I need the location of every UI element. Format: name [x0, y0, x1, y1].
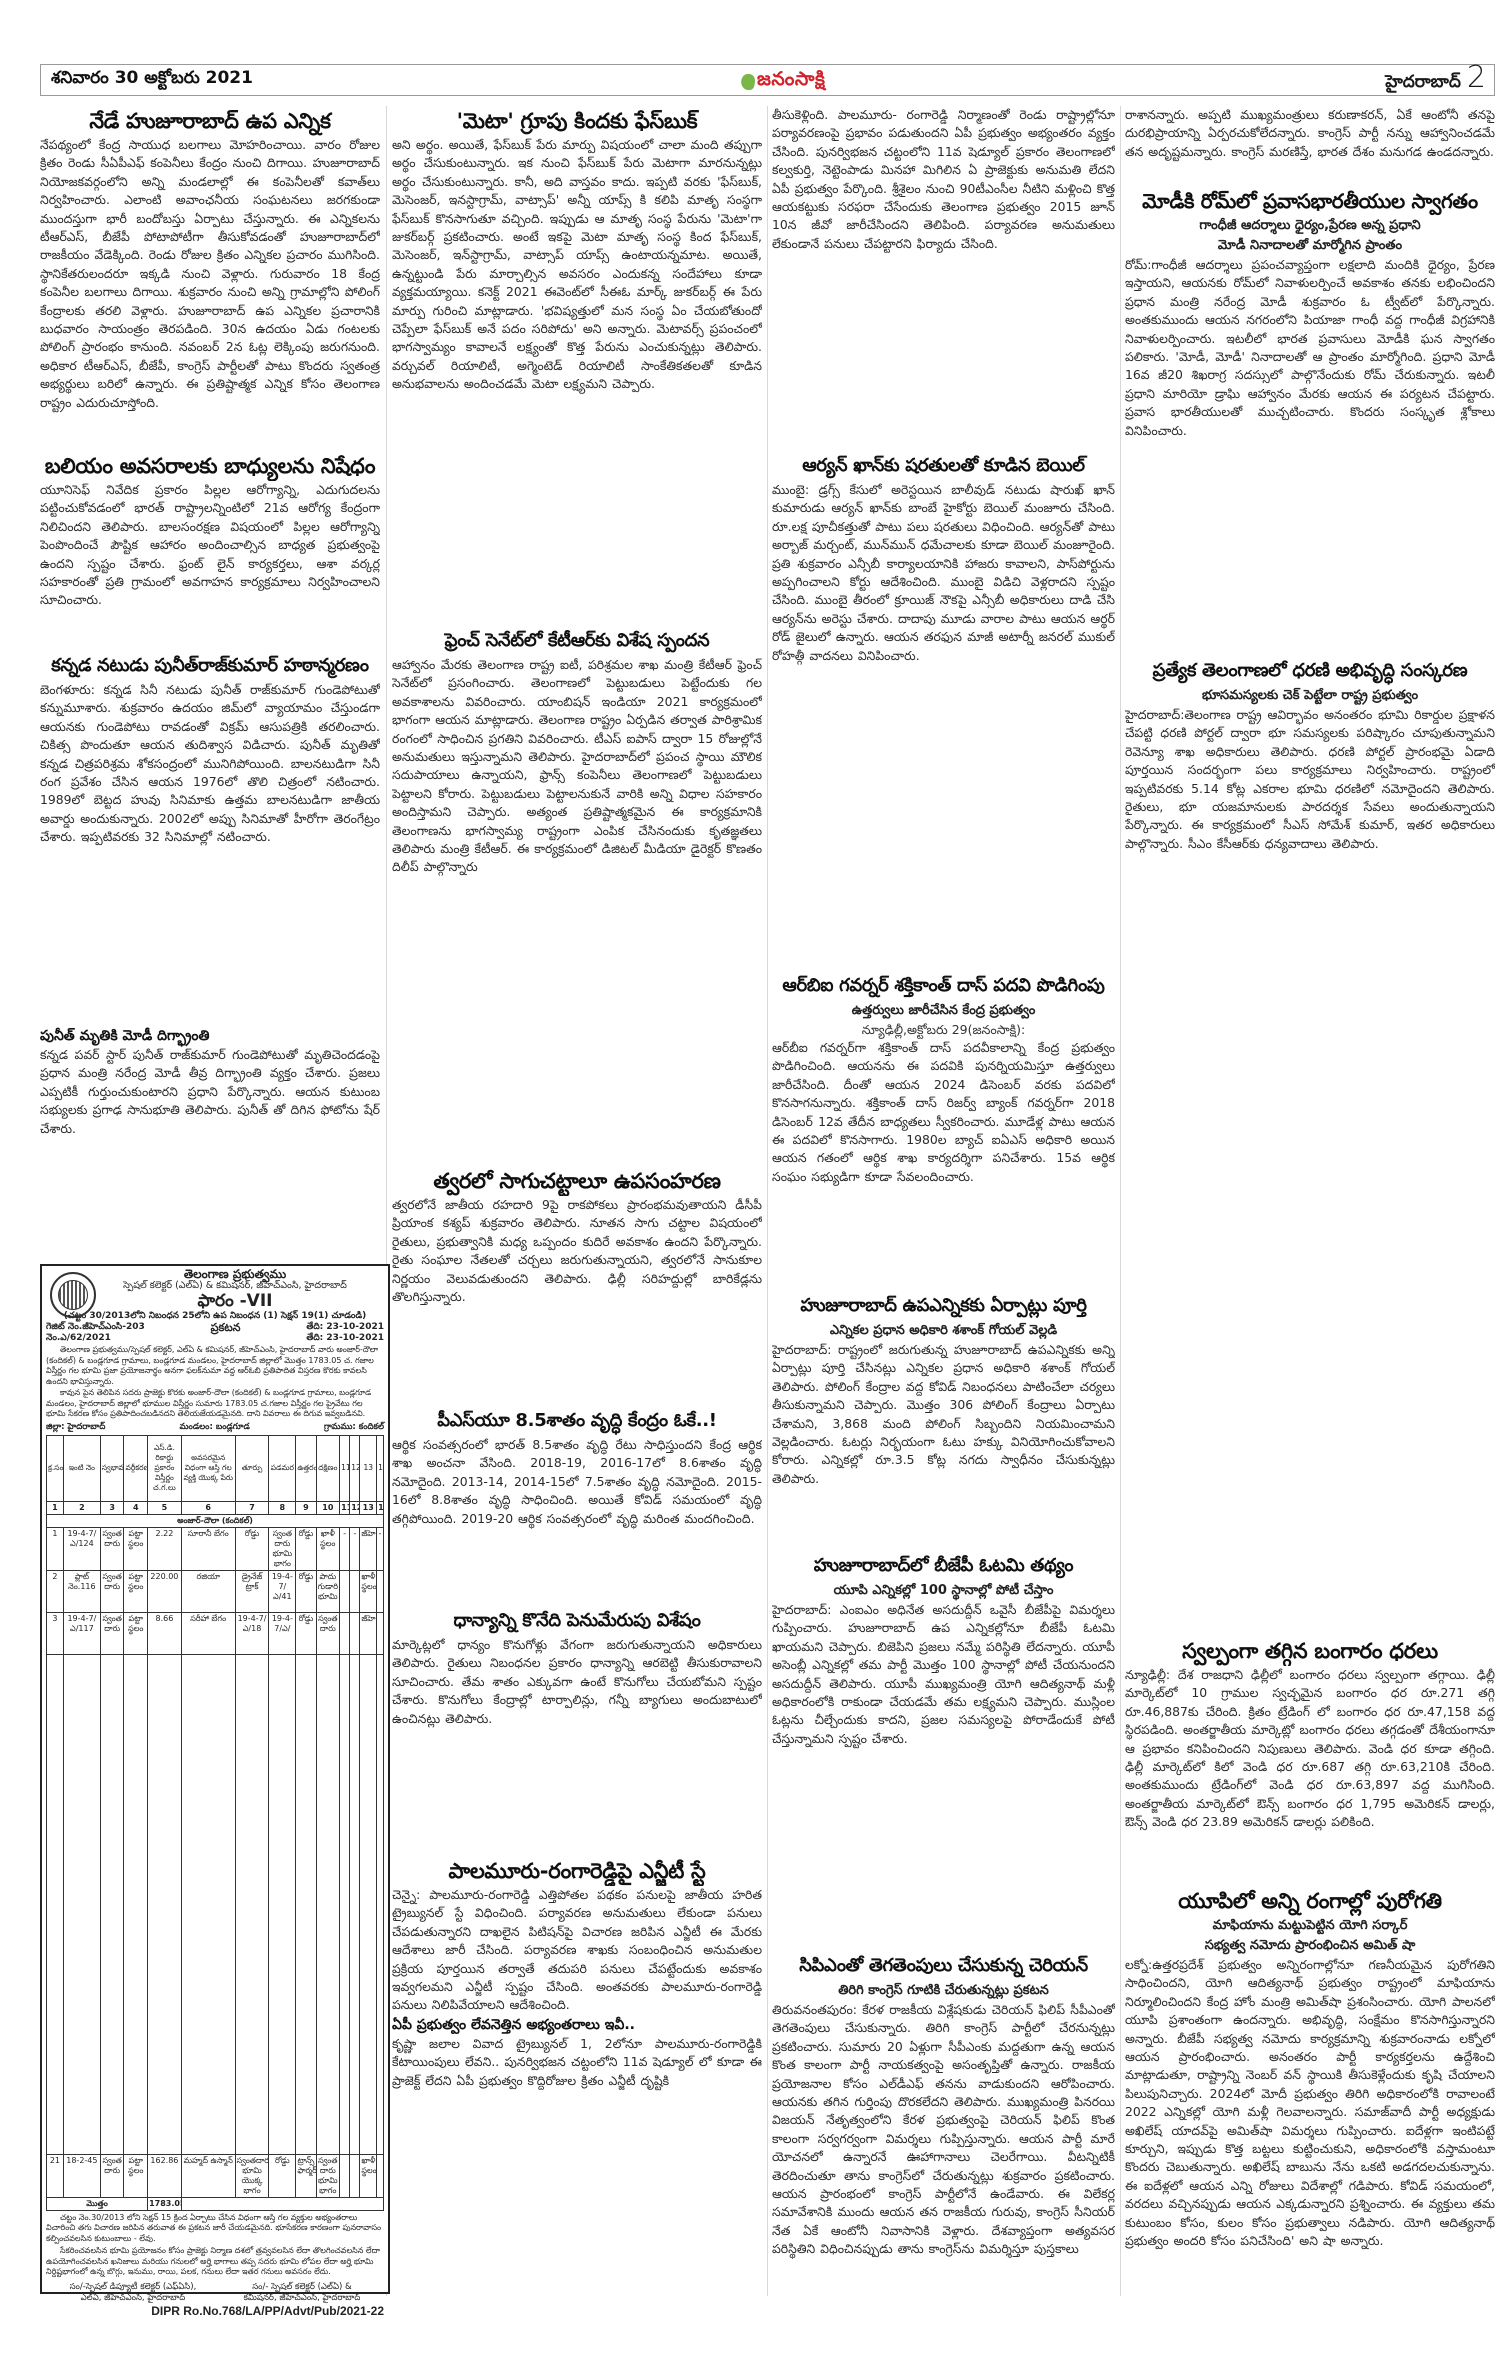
signature-line: సం/-స్పెషల్ డిప్యూటీ కలెక్టర్ (ఎఫ్ఏసి), [70, 2282, 197, 2293]
signature-line: ఎల్ఏ, జీహెచ్ఎంసి, హైదరాబాద్ [70, 2293, 197, 2304]
headline: హుజూరాబాద్‌లో బీజేపీ ఓటమి తథ్యం [772, 1551, 1115, 1581]
article-body: బెంగళూరు: కన్నడ సినీ నటుడు పునీత్ రాజ్‌క… [40, 681, 380, 847]
column-divider [1120, 106, 1121, 2296]
notice-location: జిల్లా: హైదరాబాద్ మండలం: బండ్లగూడ గ్రామమ… [46, 1422, 384, 1433]
column-header: స్వభావం [100, 1435, 124, 1501]
column-header: 14 [377, 1435, 384, 1501]
table-cell: మహ్మద్ ఉస్మాన్ [181, 2154, 235, 2197]
table-cell: స్వంత దారు [100, 1527, 124, 1570]
subheadline: తిరిగి కాంగ్రెస్ గూటికి చేరుతున్నట్లు ప్… [772, 1981, 1115, 2001]
article-body: యూనిసెఫ్ నివేదిక ప్రకారం పిల్లల ఆరోగ్యాన… [40, 481, 380, 610]
village: గ్రామము: కందికల్ [324, 1422, 384, 1433]
table-cell: 1 [47, 1527, 64, 1570]
total-label: మొత్తం [47, 2197, 148, 2210]
table-cell: 1 [47, 1501, 64, 1514]
headline: కన్నడ నటుడు పునీత్‌రాజ్‌కుమార్ హఠాన్మరణం [40, 651, 380, 681]
table-cell: రజియా [181, 1570, 235, 1612]
table-cell: 19-4-7/ఎ/18 [235, 1612, 269, 1654]
table-cell: ప్లాట్ నెం.116 [63, 1570, 100, 1612]
subheadline: ఎన్నికల ప్రధాన అధికారి శశాంక్ గోయల్ వెల్… [772, 1321, 1115, 1341]
table-cell: 19-4-7/ఎ/41 [269, 1570, 296, 1612]
table-cell: పట్టా స్థలం [124, 2154, 148, 2197]
columns: నేడే హుజూరాబాద్ ఉప ఎన్నిక నేపథ్యంలో కేంద… [40, 106, 1500, 2296]
headline: త్వరలో సాగుచట్టాలూ ఉపసంహరణ [392, 1166, 762, 1196]
table-cell: సరీహా బేగం [181, 1612, 235, 1654]
edition-city: హైదరాబాద్ [1385, 72, 1461, 96]
column-header: ఉత్తరం [296, 1435, 316, 1501]
table-cell: పట్టా స్థలం [124, 1612, 148, 1654]
district: జిల్లా: హైదరాబాద్ [46, 1422, 105, 1433]
article-body: రోమ్:గాంధీజీ ఆదర్శాలు ప్రపంచవ్యాప్తంగా ల… [1125, 256, 1495, 440]
notice-footer: చట్టం నెం.30/2013 లోని సెక్షన్ 15 క్రింద… [46, 2213, 384, 2245]
article-gdp-growth: పీఎస్‌యూ 8.5శాతం వృద్ధి కేంద్రం ఓకే..! ఆ… [392, 1406, 762, 1606]
article-up-progress: యూపిలో అన్ని రంగాల్లో పురోగతి మాఫియాను మ… [1125, 1886, 1495, 2296]
article-body: న్యూఢిల్లీ: దేశ రాజధాని ఢిల్లీలో బంగారం … [1125, 1666, 1495, 1832]
table-cell [377, 1570, 384, 1612]
notice-govt: తెలంగాణ ప్రభుత్వము [46, 1269, 384, 1280]
column-header: తూర్పు [235, 1435, 269, 1501]
headline: పునీత్ మృతికి మోడీ దిగ్భ్రాంతి [40, 1026, 380, 1046]
table-cell: పట్టా స్థలం [124, 1527, 148, 1570]
column-4: రాశానన్నారు. అప్పటి ముఖ్యమంత్రులు కరుణాక… [1125, 106, 1495, 2296]
article-body: చెన్నై: పాలమూరు-రంగారెడ్డి ఎత్తిపోతల పథక… [392, 1886, 762, 2015]
table-cell: 6 [181, 1501, 235, 1514]
table-cell: 220.00 [148, 1570, 182, 1612]
table-cell: 12 [350, 1501, 360, 1514]
table-cell [377, 1612, 384, 1654]
subheadline: ఏపీ ప్రభుత్వం లేవనెత్తిన అభ్యంతరాలు ఇవీ.… [392, 2015, 762, 2035]
telangana-map-icon [740, 74, 757, 90]
table-cell: డ్రైనేజ్ ట్రాక్ [235, 1570, 269, 1612]
article-body: తీసుకెళ్లింది. పాలమూరు- రంగారెడ్డి నిర్మ… [772, 106, 1115, 253]
table-cell: 19-4-7/ఎ/117 [63, 1612, 100, 1654]
signature-left: సం/-స్పెషల్ డిప్యూటీ కలెక్టర్ (ఎఫ్ఏసి), … [70, 2282, 197, 2304]
table-cell: స్వంత దారు భూమి భాగం [269, 1527, 296, 1570]
column-header: ఇంటి నెం [63, 1435, 100, 1501]
article-child-health: బలియం అవసరాలకు బాధ్యులను నిషేధం యూనిసెఫ్… [40, 451, 380, 651]
subheadline: గాంధీజీ ఆదర్శాలు ధైర్యం,ప్రేరణ అన్న ప్రధ… [1125, 216, 1495, 236]
headline: మోడీకి రోమ్‌లో ప్రవాసభారతీయుల స్వాగతం [1125, 186, 1495, 216]
table-cell: స్వంత దారు [100, 1612, 124, 1654]
table-cell: ట్రాన్స్ ఫార్మర్ [296, 2154, 316, 2197]
column-header: దక్షిణం [316, 1435, 340, 1501]
article-body: ముంబై: డ్రగ్స్ కేసులో అరెస్టయిన బాలీవుడ్… [772, 481, 1115, 665]
table-cell [340, 1612, 350, 1654]
table-cell: రోడ్డు [235, 1527, 269, 1570]
table-cell: 162.86 [148, 2154, 182, 2197]
table-row: 319-4-7/ఎ/117స్వంత దారుపట్టా స్థలం8.66సర… [47, 1612, 384, 1654]
subheadline: మోడీ నినాదాలతో మార్మోగిన ప్రాంతం [1125, 236, 1495, 256]
table-cell: రోడ్డు [296, 1612, 316, 1654]
issue-date: శనివారం 30 అక్టోబరు 2021 [51, 68, 253, 92]
article-body: త్వరలోనే జాతీయ రహదారి 9పై రాకపోకలు ప్రార… [392, 1196, 762, 1306]
headline: బలియం అవసరాలకు బాధ్యులను నిషేధం [40, 451, 380, 481]
article-body: హైదరాబాద్: రాష్ట్రంలో జరుగుతున్న హుజూరాబ… [772, 1341, 1115, 1488]
table-row: 2ప్లాట్ నెం.116స్వంత దారుపట్టా స్థలం220.… [47, 1570, 384, 1612]
table-cell: 13 [360, 1501, 377, 1514]
table-cell: 8 [269, 1501, 296, 1514]
table-cell: రోడ్డు [269, 2154, 296, 2197]
subheadline: యూపి ఎన్నికల్లో 100 స్థానాల్లో పోటీ చేస్… [772, 1581, 1115, 1601]
mandal: మండలం: బండ్లగూడ [180, 1422, 250, 1433]
column-header: 13 [360, 1435, 377, 1501]
column-divider [767, 106, 768, 2296]
article-palamuru-ngt: పాలమూరు-రంగారెడ్డిపై ఎన్జీటీ స్టే చెన్నై… [392, 1856, 762, 2296]
signature-right: సం/- స్పెషల్ కలెక్టర్ (ఎల్ఏ) & కమిషనర్, … [243, 2282, 360, 2304]
subheadline: ఉత్తర్వులు జారీచేసిన కేంద్ర ప్రభుత్వం [772, 1001, 1115, 1021]
subheadline: మాఫియాను మట్టుపెట్టిన యోగి సర్కార్ [1125, 1916, 1495, 1936]
article-body: నేపథ్యంలో కేంద్ర సాయుధ బలగాలు మోహరించాయి… [40, 136, 380, 412]
column-number-row: 1 2 3 4 5 6 7 8 9 10 11 12 13 14 [47, 1501, 384, 1514]
table-cell: రోడ్డు [296, 1570, 316, 1612]
column-header: 11 [340, 1435, 350, 1501]
table-section-label: అంజార్-దౌలా (కందికల్) [47, 1514, 384, 1527]
table-cell: స్వంత దారు [100, 2154, 124, 2197]
notice-footer: సేకరించవలసిన భూమి ప్రయోజనం కోసం ప్రాజెక్… [46, 2246, 384, 2278]
table-cell: 10 [316, 1501, 340, 1514]
newspaper-logo[interactable]: జనంసాక్షి [741, 68, 825, 95]
table-cell: - [377, 1527, 384, 1570]
notice-meta: గెజిట్ నెం.జీహెచ్ఎంసి-203 ప్రకటన తేది: 2… [46, 1322, 384, 1333]
telangana-government-seal-icon [50, 1272, 96, 1318]
article-body: కృష్ణా జలాల వివాద ట్రైబ్యునల్ 1, 2లోనూ ప… [392, 2035, 762, 2090]
signature-line: కమిషనర్, జీహెచ్ఎంసి, హైదరాబాద్ [243, 2293, 360, 2304]
headline: సిపిఎంతో తెగతెంపులు చేసుకున్న చెరియన్ [772, 1951, 1115, 1981]
column-header: క్ర.సం [47, 1435, 64, 1501]
table-cell: 2 [47, 1570, 64, 1612]
article-gold-prices: స్వల్పంగా తగ్గిన బంగారం ధరలు న్యూఢిల్లీ:… [1125, 1636, 1495, 1886]
article-rbi-governor: ఆర్‌బిఐ గవర్నర్ శక్తికాంత్ దాస్ పదవి పొడ… [772, 971, 1115, 1291]
table-cell [340, 1570, 350, 1612]
article-body: రాశానన్నారు. అప్పటి ముఖ్యమంత్రులు కరుణాక… [1125, 106, 1495, 161]
article-body: లక్నో:ఉత్తరప్రదేశ్ ప్రభుత్వం అన్నిరంగాల్… [1125, 1956, 1495, 2251]
section-row: అంజార్-దౌలా (కందికల్) [47, 1514, 384, 1527]
column-header: ఎస్.డి. రికార్డు ప్రకారం విస్తీర్ణం చ.గ.… [148, 1435, 182, 1501]
table-cell [350, 1612, 360, 1654]
article-continuation: తీసుకెళ్లింది. పాలమూరు- రంగారెడ్డి నిర్మ… [772, 106, 1115, 451]
article-ktr-french-senate: ఫ్రెంచ్ సెనేట్‌లో కేటీఆర్‌కు విశేష స్పంద… [392, 626, 762, 1166]
dateline: న్యూఢిల్లీ,అక్టోబరు 29(జనంసాక్షి): [772, 1021, 1115, 1039]
article-modi-rome: మోడీకి రోమ్‌లో ప్రవాసభారతీయుల స్వాగతం గా… [1125, 186, 1495, 656]
land-schedule-table: క్ర.సం ఇంటి నెం స్వభావం వర్గీకరణ ఎస్.డి.… [46, 1435, 384, 2211]
notice-meta-2: నెం.ఎ/62/2021 తేది: 23-10-2021 [46, 1333, 384, 1344]
headline: ప్రత్యేక తెలంగాణలో ధరణి అభివృద్ధి సంస్కర… [1125, 656, 1495, 686]
table-total-row: మొత్తం 1783.05 [47, 2197, 384, 2210]
newspaper-page: శనివారం 30 అక్టోబరు 2021 జనంసాక్షి హైదరా… [0, 62, 1500, 2302]
table-cell [377, 2154, 384, 2197]
column-header: అవసరమైన విధంగా ఆస్తి గల వ్యక్తి యొక్క పే… [181, 1435, 235, 1501]
article-body: హైదరాబాద్: ఎంఐఎం అధినేత అసదుద్దీన్ ఒవైసీ… [772, 1601, 1115, 1748]
table-row-filler [47, 1654, 384, 2154]
column-3: తీసుకెళ్లింది. పాలమూరు- రంగారెడ్డి నిర్మ… [772, 106, 1115, 2296]
article-body: ఆర్‌బీఐ గవర్నర్‌గా శక్తికాంత్ దాస్ పదవీక… [772, 1039, 1115, 1186]
notice-ref-no: నెం.ఎ/62/2021 [46, 1333, 111, 1344]
table-cell: 3 [47, 1612, 64, 1654]
total-value: 1783.05 [148, 2197, 182, 2210]
article-meta-facebook: 'మెటా' గ్రూపు కిందకు ఫేస్‌బుక్ అని అర్థం… [392, 106, 762, 626]
article-continuation: రాశానన్నారు. అప్పటి ముఖ్యమంత్రులు కరుణాక… [1125, 106, 1495, 186]
table-row: 119-4-7/ఎ/124స్వంత దారుపట్టా స్థలం2.22సూ… [47, 1527, 384, 1570]
notice-signatures: సం/-స్పెషల్ డిప్యూటీ కలెక్టర్ (ఎఫ్ఏసి), … [46, 2282, 384, 2304]
notice-office: స్పెషల్ కలెక్టర్ (ఎల్ఏ) & కమిషనర్, జీహెచ… [46, 1280, 384, 1291]
table-cell: స్వంత దారు భూమి భాగం [316, 2154, 340, 2197]
headline: ఆర్‌బిఐ గవర్నర్ శక్తికాంత్ దాస్ పదవి పొడ… [772, 971, 1115, 1001]
subheadline: సభ్యత్వ నమోదు ప్రారంభించిన అమిత్ షా [1125, 1936, 1495, 1956]
article-huzurabad-byelection: నేడే హుజూరాబాద్ ఉప ఎన్నిక నేపథ్యంలో కేంద… [40, 106, 380, 451]
headline: 'మెటా' గ్రూపు కిందకు ఫేస్‌బుక్ [392, 106, 762, 136]
article-body: ఆర్థిక సంవత్సరంలో భారత్ 8.5శాతం వృద్ధి ర… [392, 1436, 762, 1528]
article-puneeth-death: కన్నడ నటుడు పునీత్‌రాజ్‌కుమార్ హఠాన్మరణం… [40, 651, 380, 1026]
article-body: హైదరాబాద్:తెలంగాణ రాష్ట్ర ఆవిర్భావం అనంత… [1125, 706, 1495, 853]
edition-info: హైదరాబాద్ 2 [1385, 64, 1486, 96]
column-header: వర్గీకరణ [124, 1435, 148, 1501]
headline: స్వల్పంగా తగ్గిన బంగారం ధరలు [1125, 1636, 1495, 1666]
notice-title: ప్రకటన [211, 1322, 241, 1333]
table-cell: 2 [63, 1501, 100, 1514]
headline: నేడే హుజూరాబాద్ ఉప ఎన్నిక [40, 106, 380, 136]
article-telangana-dharani: ప్రత్యేక తెలంగాణలో ధరణి అభివృద్ధి సంస్కర… [1125, 656, 1495, 1636]
table-cell [350, 1570, 360, 1612]
article-grain-procurement: ధాన్యాన్ని కొనేది పెనుమేరుపు విశేషం మార్… [392, 1606, 762, 1856]
headline: యూపిలో అన్ని రంగాల్లో పురోగతి [1125, 1886, 1495, 1916]
table-cell: 19-4-7/ఎ/ [269, 1612, 296, 1654]
table-cell: 21 [47, 2154, 64, 2197]
article-aryan-khan-bail: ఆర్యన్ ఖాన్‌కు షరతులతో కూడిన బెయిల్ ముంబ… [772, 451, 1115, 971]
table-cell: జీహెచ్ [360, 1612, 377, 1654]
table-cell: 19-4-7/ఎ/124 [63, 1527, 100, 1570]
table-cell [340, 2154, 350, 2197]
column-2: 'మెటా' గ్రూపు కిందకు ఫేస్‌బుక్ అని అర్థం… [392, 106, 762, 2296]
page-number: 2 [1467, 64, 1486, 92]
notice-paragraph: కావున పైన తెలిపిన సదరు ప్రాజెక్టు కొరకు … [46, 1388, 384, 1420]
table-cell: 14 [377, 1501, 384, 1514]
logo-text: జనంసాక్షి [757, 68, 825, 95]
notice-form: ఫారం -VII [46, 1291, 384, 1311]
masthead: శనివారం 30 అక్టోబరు 2021 జనంసాక్షి హైదరా… [40, 64, 1495, 96]
article-body: తిరువనంతపురం: కేరళ రాజకీయ విశ్లేషకుడు చె… [772, 2001, 1115, 2259]
table-cell: 9 [296, 1501, 316, 1514]
article-modi-condolence: పునీత్ మృతికి మోడీ దిగ్భ్రాంతి కన్నడ పవర… [40, 1026, 380, 1226]
table-cell: స్వంతదారు భూమి యొక్క భాగం [235, 2154, 269, 2197]
table-cell: ఖాళీ స్థలం [360, 1570, 377, 1612]
table-header-row: క్ర.సం ఇంటి నెం స్వభావం వర్గీకరణ ఎస్.డి.… [47, 1435, 384, 1501]
table-cell: 4 [124, 1501, 148, 1514]
headline: ధాన్యాన్ని కొనేది పెనుమేరుపు విశేషం [392, 1606, 762, 1636]
article-body: మార్కెట్లలో ధాన్యం కొనుగోళ్లు వేగంగా జరు… [392, 1636, 762, 1728]
table-cell: రోడ్డు [296, 1527, 316, 1570]
table-cell: జీహెచ్ [360, 1527, 377, 1570]
table-cell: సూరానీ బేగం [181, 1527, 235, 1570]
table-cell: 3 [100, 1501, 124, 1514]
table-row: 2118-2-45స్వంత దారుపట్టా స్థలం162.86మహ్మ… [47, 2154, 384, 2197]
headline: పాలమూరు-రంగారెడ్డిపై ఎన్జీటీ స్టే [392, 1856, 762, 1886]
article-body: ఆహ్వానం మేరకు తెలంగాణ రాష్ట్ర ఐటీ, పరిశ్… [392, 656, 762, 877]
table-cell: పట్టా స్థలం [124, 1570, 148, 1612]
article-cherian-philip: సిపిఎంతో తెగతెంపులు చేసుకున్న చెరియన్ తి… [772, 1951, 1115, 2296]
article-body: అని అర్థం. అయితే, ఫేస్‌బుక్ పేరు మార్పు … [392, 136, 762, 394]
article-owaisi: హుజూరాబాద్‌లో బీజేపీ ఓటమి తథ్యం యూపి ఎన్… [772, 1551, 1115, 1951]
table-cell: 11 [340, 1501, 350, 1514]
table-cell: ఖాళీ స్థలం [316, 1527, 340, 1570]
table-cell: స్వంత దారు [100, 1570, 124, 1612]
column-header: 12 [350, 1435, 360, 1501]
article-farm-laws: త్వరలో సాగుచట్టాలూ ఉపసంహరణ త్వరలోనే జాతీ… [392, 1166, 762, 1406]
table-cell: 18-2-45 [63, 2154, 100, 2197]
headline: పీఎస్‌యూ 8.5శాతం వృద్ధి కేంద్రం ఓకే..! [392, 1406, 762, 1436]
article-body: కన్నడ పవర్ స్టార్ పునీత్ రాజ్‌కుమార్ గుం… [40, 1046, 380, 1138]
table-cell: పాదు గుడారి భూమి [316, 1570, 340, 1612]
table-cell: 5 [148, 1501, 182, 1514]
table-cell: - [350, 1527, 360, 1570]
notice-file-no: గెజిట్ నెం.జీహెచ్ఎంసి-203 [46, 1322, 145, 1333]
table-cell: ఖాళీ స్థలం [360, 2154, 377, 2197]
notice-paragraph: తెలంగాణ ప్రభుత్వము/స్పెషల్ కలెక్టర్, ఎల్… [46, 1345, 384, 1387]
column-header: పడమర [269, 1435, 296, 1501]
table-cell: స్వంత దారు [316, 1612, 340, 1654]
headline: హుజూరాబాద్ ఉపఎన్నికకు ఏర్పాట్లు పూర్తి [772, 1291, 1115, 1321]
headline: ఫ్రెంచ్ సెనేట్‌లో కేటీఆర్‌కు విశేష స్పంద… [392, 626, 762, 656]
headline: ఆర్యన్ ఖాన్‌కు షరతులతో కూడిన బెయిల్ [772, 451, 1115, 481]
table-cell: 2.22 [148, 1527, 182, 1570]
government-notice: తెలంగాణ ప్రభుత్వము స్పెషల్ కలెక్టర్ (ఎల్… [40, 1264, 390, 2294]
table-cell [350, 2154, 360, 2197]
article-huzurabad-arrangements: హుజూరాబాద్ ఉపఎన్నికకు ఏర్పాట్లు పూర్తి ఎ… [772, 1291, 1115, 1551]
dipr-reference: DIPR Ro.No.768/LA/PP/Advt/Pub/2021-22 [46, 2306, 384, 2317]
signature-line: సం/- స్పెషల్ కలెక్టర్ (ఎల్ఏ) & [243, 2282, 360, 2293]
table-cell: 8.66 [148, 1612, 182, 1654]
notice-date: తేది: 23-10-2021 [306, 1322, 384, 1333]
subheadline: భూసమస్యలకు చెక్ పెట్టేలా రాష్ట్ర ప్రభుత్… [1125, 686, 1495, 706]
notice-date: తేది: 23-10-2021 [306, 1333, 384, 1344]
table-cell: 7 [235, 1501, 269, 1514]
table-cell: - [340, 1527, 350, 1570]
